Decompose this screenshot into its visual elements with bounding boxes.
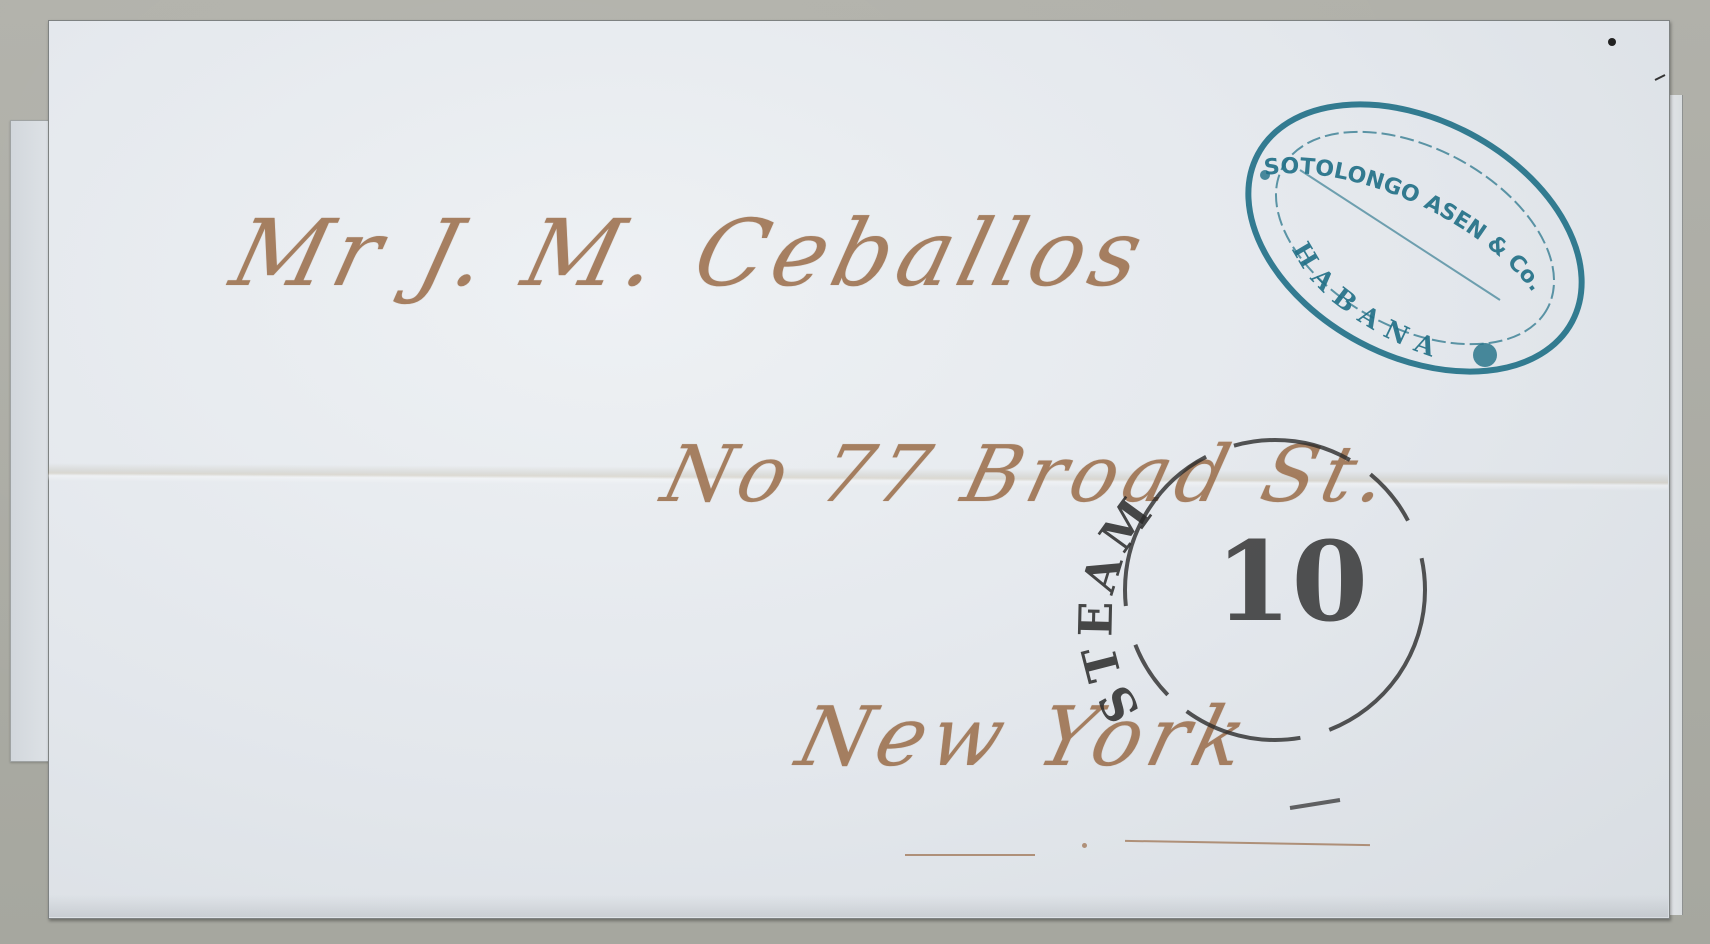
city-underline-dot bbox=[1082, 843, 1087, 848]
city-underline-left bbox=[905, 854, 1035, 856]
bottom-fold-shadow bbox=[48, 895, 1668, 917]
addressee-name: Mr J. M. Ceballos bbox=[222, 200, 1159, 307]
addressee-street: No 77 Broad St. bbox=[654, 430, 1403, 520]
addressee-city: New York bbox=[788, 690, 1261, 785]
ink-speck bbox=[1608, 38, 1616, 46]
